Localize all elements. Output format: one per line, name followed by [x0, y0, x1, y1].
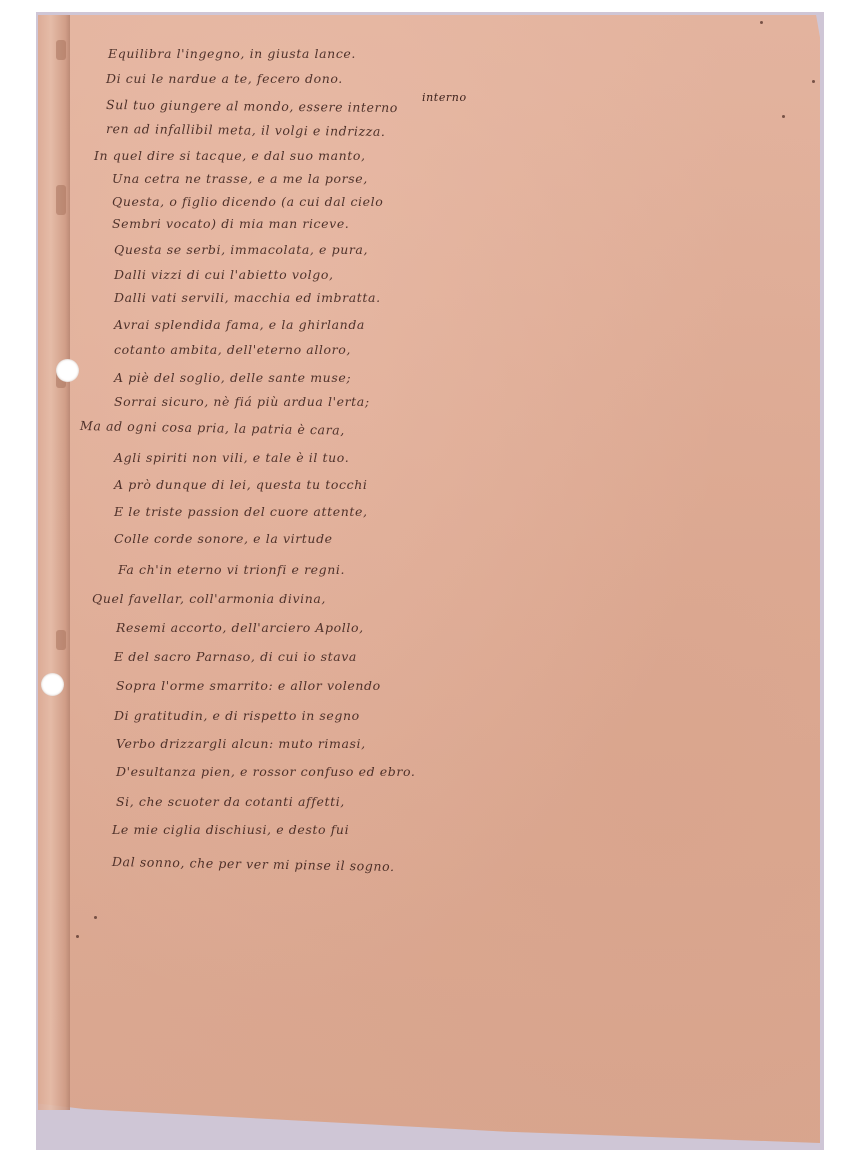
verse-line: A prò dunque di lei, questa tu tocchi — [114, 479, 367, 492]
verse-line: Avrai splendida fama, e la ghirlanda — [114, 319, 365, 332]
verse-line: ren ad infallibil meta, il volgi e indri… — [106, 123, 386, 138]
verse-line: Sorrai sicuro, nè fiá più ardua l'erta; — [114, 396, 370, 409]
inserted-word-interno: interno — [422, 92, 467, 103]
verse-line: Una cetra ne trasse, e a me la porse, — [112, 173, 368, 186]
verse-line: Dalli vati servili, macchia ed imbratta. — [114, 292, 381, 305]
verse-line: Resemi accorto, dell'arciero Apollo, — [116, 622, 364, 635]
verse-line: Si, che scuoter da cotanti affetti, — [116, 796, 345, 809]
verse-line: In quel dire si tacque, e dal suo manto, — [94, 150, 366, 163]
verse-line: Di gratitudin, e di rispetto in segno — [114, 710, 360, 723]
verse-line: Agli spiriti non vili, e tale è il tuo. — [114, 452, 349, 465]
ink-speck — [782, 115, 785, 118]
page-binding-edge — [38, 15, 70, 1110]
verse-line: Colle corde sonore, e la virtude — [114, 533, 333, 546]
verse-line: E le triste passion del cuore attente, — [114, 506, 368, 519]
verse-line: Le mie ciglia dischiusi, e desto fui — [112, 824, 349, 837]
verse-line: Verbo drizzargli alcun: muto rimasi, — [116, 738, 366, 751]
punch-hole-bottom — [41, 673, 64, 696]
verse-line: Equilibra l'ingegno, in giusta lance. — [108, 48, 356, 61]
ink-speck — [760, 21, 763, 24]
verse-line: Sembri vocato) di mia man riceve. — [112, 218, 349, 231]
binding-tear — [56, 630, 66, 650]
verse-line: Sopra l'orme smarrito: e allor volendo — [116, 680, 381, 693]
verse-line: Dalli vizzi di cui l'abietto volgo, — [114, 269, 334, 282]
ink-speck — [76, 935, 79, 938]
binding-tear — [56, 40, 66, 60]
verse-line: Questa se serbi, immacolata, e pura, — [114, 244, 368, 257]
punch-hole-top — [56, 359, 79, 382]
verse-line: cotanto ambita, dell'eterno alloro, — [114, 344, 351, 357]
ink-speck — [94, 916, 97, 919]
ink-speck — [812, 80, 815, 83]
verse-line: Fa ch'in eterno vi trionfi e regni. — [118, 564, 345, 577]
verse-line: Quel favellar, coll'armonia divina, — [92, 593, 326, 606]
verse-line: D'esultanza pien, e rossor confuso ed eb… — [116, 766, 415, 779]
verse-line: Sul tuo giungere al mondo, essere intern… — [106, 99, 398, 115]
binding-tear — [56, 185, 66, 215]
verse-line: E del sacro Parnaso, di cui io stava — [114, 651, 357, 664]
verse-line: Di cui le nardue a te, fecero dono. — [106, 73, 343, 86]
verse-line: Questa, o figlio dicendo (a cui dal ciel… — [112, 196, 383, 209]
verse-line: A piè del soglio, delle sante muse; — [114, 372, 351, 385]
